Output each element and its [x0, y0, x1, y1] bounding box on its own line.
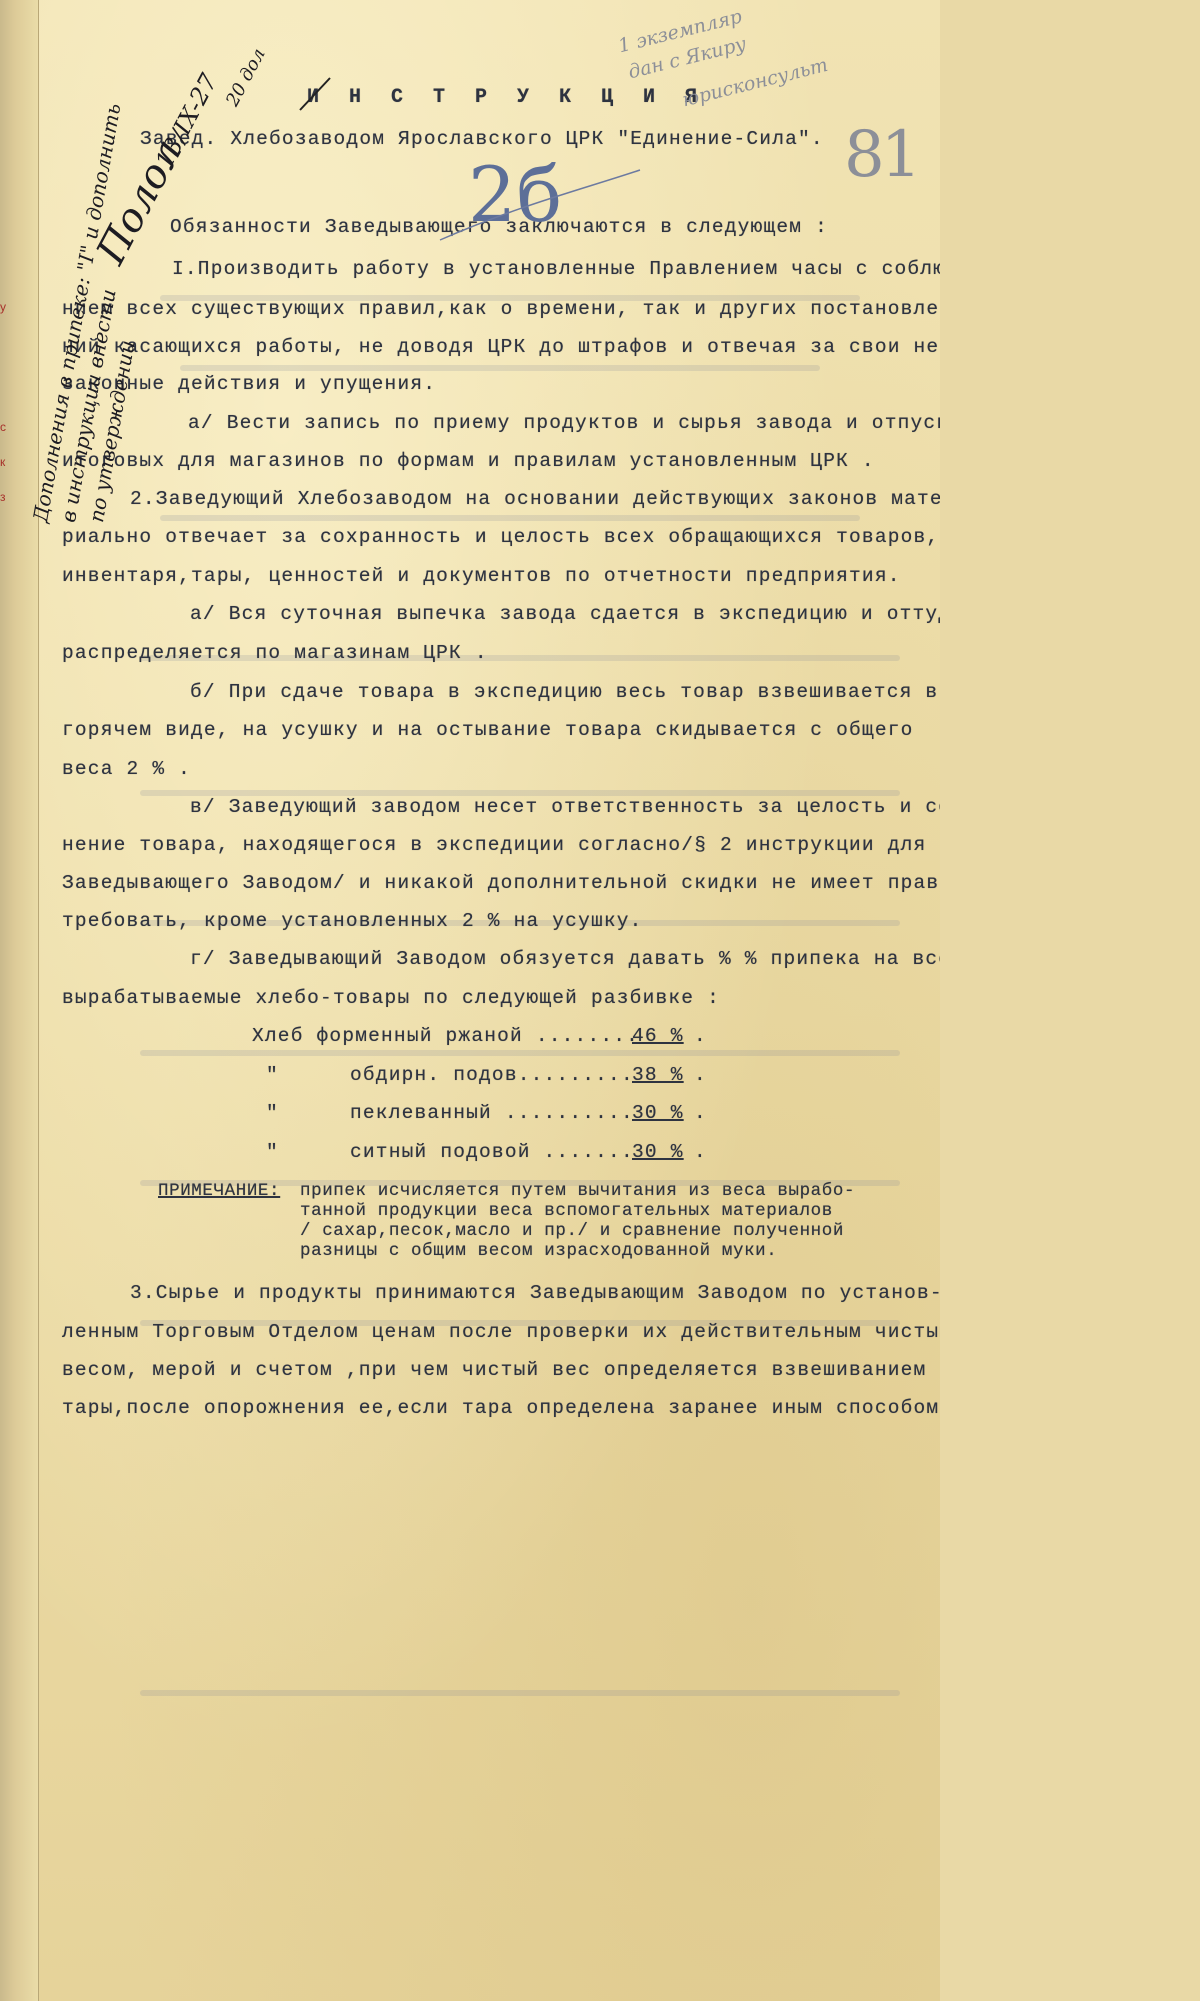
item-name: пеклеванный .......... — [350, 1104, 634, 1124]
paragraph-line: требовать, кроме установленных 2 % на ус… — [62, 912, 643, 932]
paragraph-line: веса 2 % . — [62, 760, 191, 780]
binding-edge: у с к з — [0, 0, 39, 2001]
page-number: 81 — [844, 118, 917, 192]
document-page: у с к з И Н С Т Р У К Ц И Я Завед. Хлебо… — [0, 0, 940, 2001]
show-through — [160, 515, 860, 521]
item-value: 38 % — [632, 1066, 684, 1086]
paragraph-line: а/ Вести запись по приему продуктов и сы… — [188, 414, 940, 434]
paragraph-line: вырабатываемые хлебо-товары по следующей… — [62, 989, 720, 1009]
binding-mark: с — [0, 420, 14, 436]
paragraph-line: 3.Сырье и продукты принимаются Заведываю… — [130, 1284, 940, 1304]
document-subtitle: Завед. Хлебозаводом Ярославского ЦРК "Ед… — [140, 130, 824, 150]
blue-ink-mark: 2б — [468, 150, 562, 239]
note-line: танной продукции веса вспомогательных ма… — [300, 1203, 833, 1221]
paragraph-line: нием всех существующих правил,как о врем… — [62, 300, 940, 320]
ditto-mark: " — [266, 1104, 279, 1124]
binding-mark: к — [0, 455, 14, 471]
item-value: 30 % — [632, 1104, 684, 1124]
note-line: / сахар,песок,масло и пр./ и сравнение п… — [300, 1223, 844, 1241]
show-through — [140, 1050, 900, 1056]
ditto-mark: " — [266, 1066, 279, 1086]
note-line: припек исчисляется путем вычитания из ве… — [300, 1183, 855, 1201]
paragraph-line: ленным Торговым Отделом ценам после пров… — [62, 1323, 940, 1343]
paragraph-line: в/ Заведующий заводом несет ответственно… — [190, 798, 940, 818]
item-value: 46 % — [632, 1027, 684, 1047]
paragraph-line: распределяется по магазинам ЦРК . — [62, 644, 488, 664]
paragraph-line: г/ Заведывающий Заводом обязуется давать… — [190, 950, 940, 970]
show-through — [180, 365, 820, 371]
binding-mark: у — [0, 300, 14, 316]
item-end: . — [694, 1143, 707, 1163]
paragraph-line: весом, мерой и счетом ,при чем чистый ве… — [62, 1361, 926, 1381]
item-end: . — [694, 1066, 707, 1086]
item-end: . — [694, 1027, 707, 1047]
item-end: . — [694, 1104, 707, 1124]
resolution-extra: 20 дол — [222, 45, 270, 110]
paragraph-line: I.Производить работу в установленные Пра… — [172, 260, 940, 280]
paragraph-line: нение товара, находящегося в экспедиции … — [62, 836, 926, 856]
paragraph-line: б/ При сдаче товара в экспедицию весь то… — [190, 683, 938, 703]
show-through — [140, 1690, 900, 1696]
paragraph-line: а/ Вся суточная выпечка завода сдается в… — [190, 605, 940, 625]
paragraph-line: тары,после опорожнения ее,если тара опре… — [62, 1399, 940, 1419]
paragraph-line: инвентаря,тары, ценностей и документов п… — [62, 567, 901, 587]
item-value: 30 % — [632, 1143, 684, 1163]
note-line: разницы с общим весом израсходованной му… — [300, 1243, 777, 1261]
paragraph-line: ний касающихся работы, не доводя ЦРК до … — [62, 338, 940, 358]
paragraph-line: Заведывающего Заводом/ и никакой дополни… — [62, 874, 940, 894]
item-name: обдирн. подов......... — [350, 1066, 634, 1086]
note-label: ПРИМЕЧАНИЕ: — [158, 1183, 280, 1201]
item-name: Хлеб форменный ржаной ........ — [252, 1027, 639, 1047]
paragraph-line: итоговых для магазинов по формам и прави… — [62, 452, 875, 472]
paragraph-line: 2.Заведующий Хлебозаводом на основании д… — [130, 490, 940, 510]
document-title: И Н С Т Р У К Ц И Я — [307, 88, 706, 108]
binding-mark: з — [0, 490, 14, 506]
item-name: ситный подовой ....... — [350, 1143, 634, 1163]
paragraph-line: риально отвечает за сохранность и целост… — [62, 528, 939, 548]
paragraph-line: горячем виде, на усушку и на остывание т… — [62, 721, 914, 741]
ditto-mark: " — [266, 1143, 279, 1163]
